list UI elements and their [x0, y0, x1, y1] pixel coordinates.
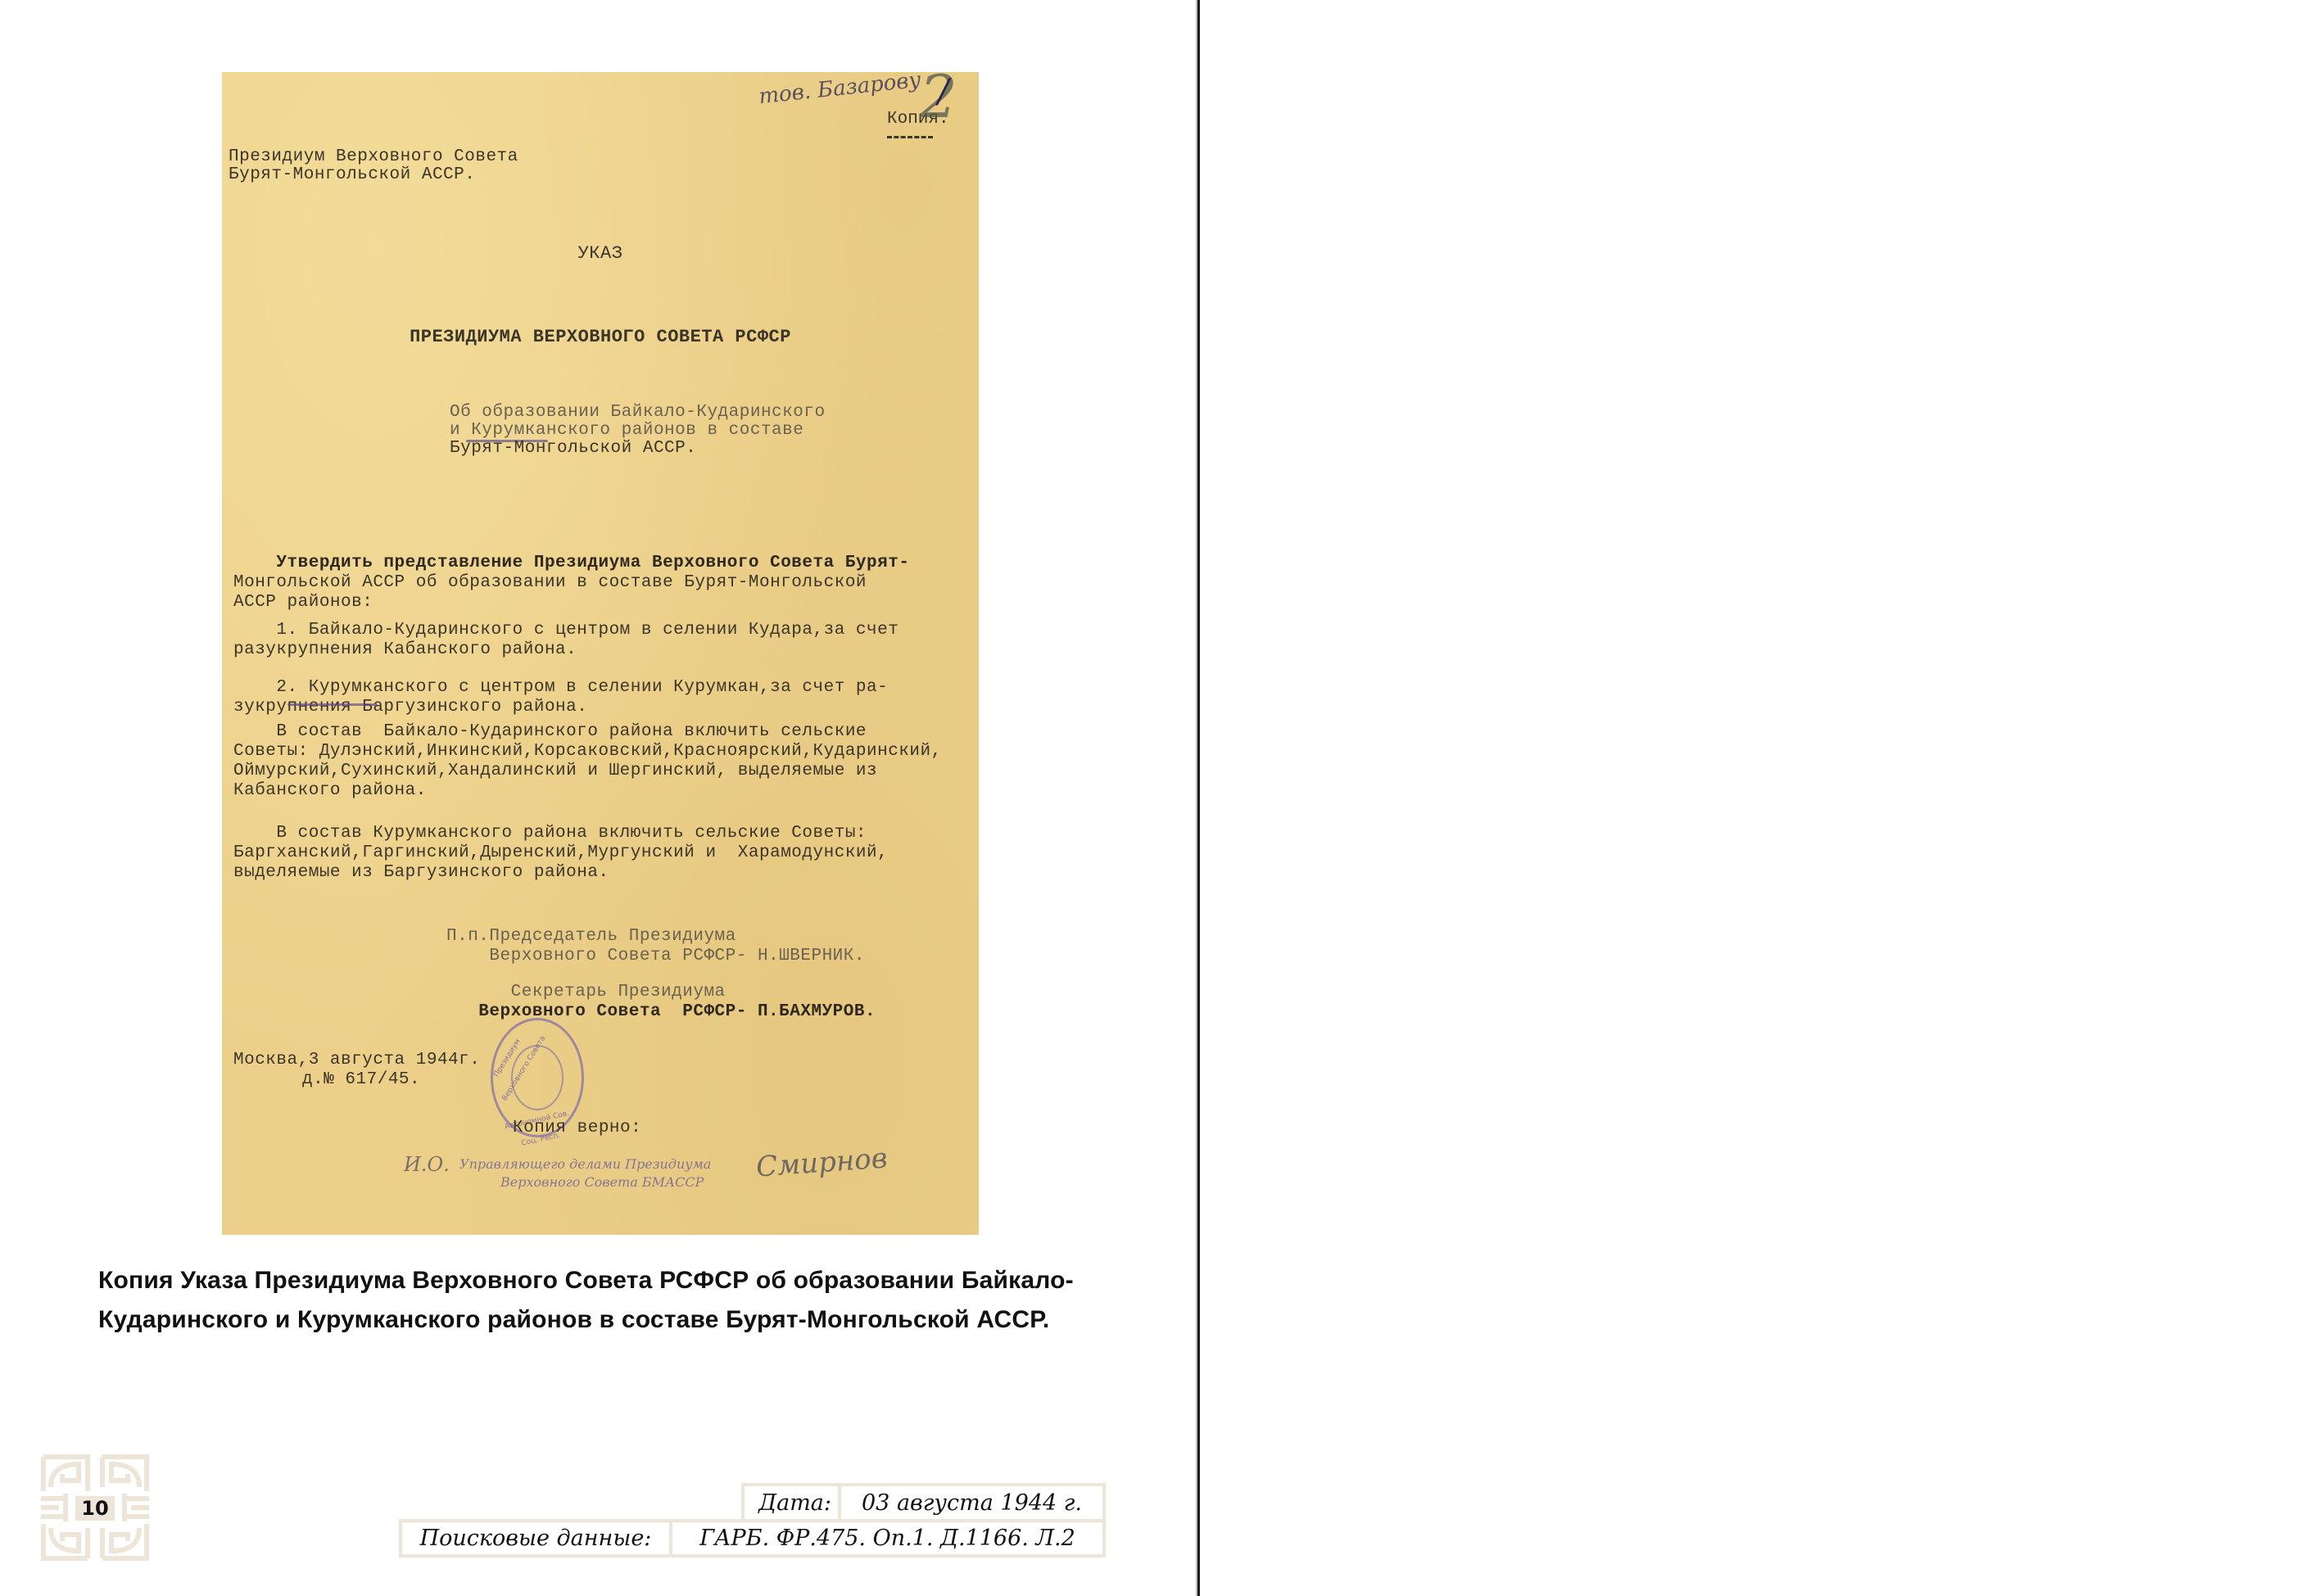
body-line: Баргханский,Гаргинский,Дыренский,Мургунс…: [233, 843, 888, 863]
signature-line: Верховного Совета РСФСР- П.БАХМУРОВ.: [446, 1002, 876, 1022]
stamp-text-top: Президиум Верховного Совета: [478, 1020, 554, 1107]
signature-line: Верховного Совета РСФСР- Н.ШВЕРНИК.: [446, 947, 865, 966]
date-label: Дата:: [745, 1486, 838, 1519]
subject-line-3: Бурят-Монгольской АССР.: [450, 439, 696, 459]
signature-line: П.п.Председатель Президиума: [446, 927, 736, 947]
body-line: Кабанского района.: [233, 781, 427, 801]
decree-subtitle: ПРЕЗИДИУМА ВЕРХОВНОГО СОВЕТА РСФСР: [222, 328, 979, 347]
caption-line-2: Кударинского и Курумканского районов в с…: [98, 1300, 1114, 1340]
date-value: 03 августа 1944 г.: [841, 1486, 1102, 1519]
search-data-value: ГАРБ. ФР.475. Оп.1. Д.1166. Л.2: [672, 1522, 1102, 1554]
body-line: АССР районов:: [233, 593, 373, 613]
body-line: 1. Байкало-Кударинского с центром в селе…: [233, 621, 898, 640]
body-line: Советы: Дулэнский,Инкинский,Корсаковский…: [233, 742, 942, 762]
manager-line-2: Верховного Совета БМАССР: [500, 1173, 704, 1192]
page-number: 10: [75, 1496, 115, 1521]
subject-line-1: Об образовании Байкало-Кударинского: [450, 403, 826, 423]
body-line: выделяемые из Баргузинского района.: [233, 863, 609, 883]
manager-line-1: Управляющего делами Президиума: [459, 1155, 711, 1174]
date-row: Дата: 03 августа 1944 г.: [741, 1483, 1106, 1522]
addressee-line-2: Бурят-Монгольской АССР.: [229, 165, 475, 185]
body-line: разукрупнения Кабанского района.: [233, 640, 577, 660]
signature-line: Секретарь Президиума: [446, 983, 726, 1002]
doc-number: д.№ 617/45.: [302, 1070, 420, 1090]
body-line: 2. Курумканского с центром в селении Кур…: [233, 678, 888, 698]
spread-divider: [1197, 0, 1200, 1596]
body-line: В состав Байкало-Кударинского района вкл…: [233, 722, 867, 742]
figure-caption: Копия Указа Президиума Верховного Совета…: [98, 1261, 1114, 1340]
search-data-row: Поисковые данные: ГАРБ. ФР.475. Оп.1. Д.…: [399, 1519, 1106, 1558]
subject-line-2: и Курумканского районов в составе: [450, 421, 803, 441]
handwritten-note: тов. Базарову: [758, 72, 921, 106]
addressee-line-1: Президиум Верховного Совета: [229, 147, 518, 167]
body-line: В состав Курумканского района включить с…: [233, 824, 867, 843]
ink-underline: [287, 703, 378, 706]
search-data-label: Поисковые данные:: [402, 1522, 669, 1554]
certified-copy-label: Копия верно:: [513, 1119, 641, 1138]
pencil-page-number: 2 /: [920, 87, 957, 106]
body-line: Оймурский,Сухинский,Хандалинский и Шерги…: [233, 762, 877, 781]
place-date: Москва,3 августа 1944г.: [233, 1051, 480, 1070]
caption-line-1: Копия Указа Президиума Верховного Совета…: [98, 1261, 1114, 1300]
document-scan: тов. Базарову Копия. 2 / Президиум Верхо…: [222, 72, 979, 1235]
body-line: Утвердить представление Президиума Верхо…: [233, 554, 909, 573]
copy-underline: [887, 136, 933, 138]
io-handwritten: И.О.: [404, 1155, 450, 1174]
decree-title: УКАЗ: [222, 244, 979, 264]
ink-tick-icon: /: [938, 82, 948, 102]
signature: Смирнов: [755, 1148, 888, 1177]
body-line: зукрупнения Баргузинского района.: [233, 698, 587, 717]
body-line: Монгольской АССР об образовании в состав…: [233, 573, 867, 593]
